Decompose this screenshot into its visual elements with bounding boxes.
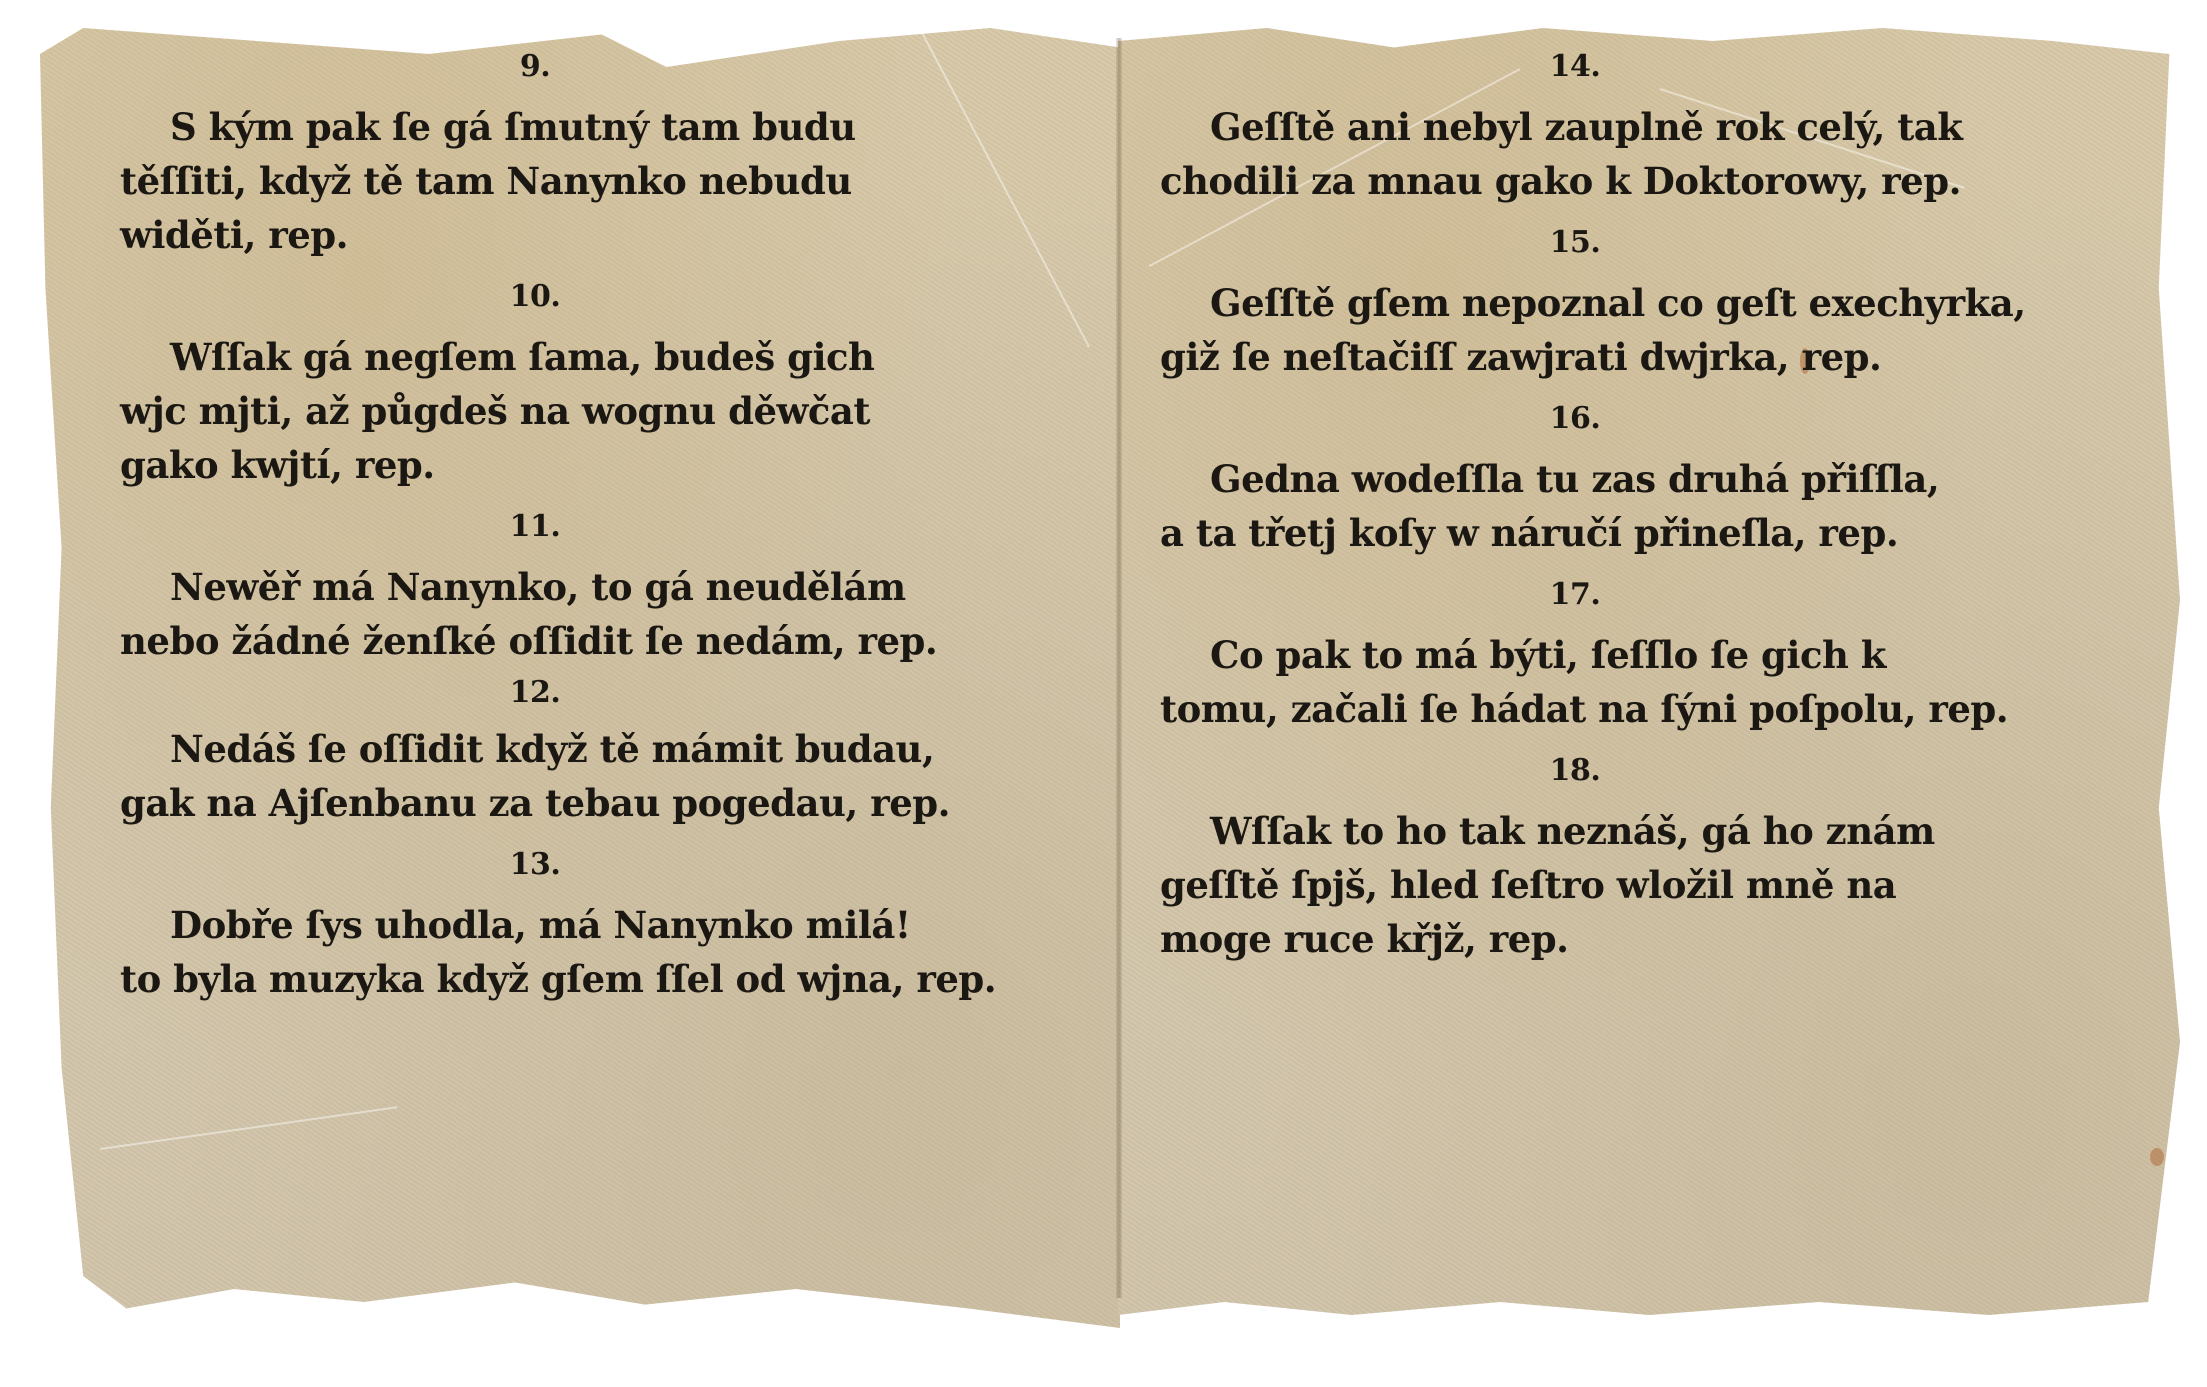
verse-line: Newěř má Nanynko, to gá neudělám [120,560,950,614]
verse-line: S kým pak ſe gá ſmutný tam budu [120,100,950,154]
verse-10: 10. Wſſak gá negſem ſama, budeš gich wjc… [120,274,950,492]
verse-line: nebo žádné ženſké oſſidit ſe nedám, rep. [120,614,950,668]
verse-number: 9. [120,44,950,90]
verse-number: 14. [1160,44,1990,90]
verse-9: 9. S kým pak ſe gá ſmutný tam budu těſſi… [120,44,950,262]
verse-line: giž ſe neſtačiſſ zawjrati dwjrka, rep. [1160,330,1990,384]
verse-16: 16. Gedna wodeſſla tu zas druhá přiſſla,… [1160,396,1990,560]
verse-17: 17. Co pak to má býti, ſeſſlo ſe gich k … [1160,572,1990,736]
verse-line: geſſtě ſpjš, hled ſeſtro wložil mně na [1160,858,1990,912]
verse-line: chodili za mnau gako k Doktorowy, rep. [1160,154,1990,208]
center-fold [1116,38,1122,1298]
verse-line: widěti, rep. [120,208,950,262]
verse-14: 14. Geſſtě ani nebyl zauplně rok celý, t… [1160,44,1990,208]
verse-line: Wſſak gá negſem ſama, budeš gich [120,330,950,384]
verse-number: 17. [1160,572,1990,618]
verse-line: Gedna wodeſſla tu zas druhá přiſſla, [1160,452,1990,506]
rust-stain [2150,1148,2164,1166]
verse-line: a ta třetj koſy w náručí přineſla, rep. [1160,506,1990,560]
verse-line: gako kwjtí, rep. [120,438,950,492]
verse-number: 13. [120,842,950,888]
verse-13: 13. Dobře ſys uhodla, má Nanynko milá! t… [120,842,950,1006]
verse-line: to byla muzyka když gſem ſſel od wjna, r… [120,952,950,1006]
verse-18: 18. Wſſak to ho tak neznáš, gá ho znám g… [1160,748,1990,966]
verse-line: Geſſtě gſem nepoznal co geſt exechyrka, [1160,276,1990,330]
verse-12: 12. Nedáš ſe oſſidit když tě mámit budau… [120,670,950,830]
verse-number: 12. [120,670,950,716]
verse-11: 11. Newěř má Nanynko, to gá neudělám neb… [120,504,950,668]
verse-line: wjc mjti, až půgdeš na wognu děwčat [120,384,950,438]
verse-line: gak na Ajſenbanu za tebau pogedau, rep. [120,776,950,830]
right-page-text: 14. Geſſtě ani nebyl zauplně rok celý, t… [1160,32,1990,966]
verse-line: Nedáš ſe oſſidit když tě mámit budau, [120,722,950,776]
verse-line: těſſiti, když tě tam Nanynko nebudu [120,154,950,208]
verse-line: Co pak to má býti, ſeſſlo ſe gich k [1160,628,1990,682]
left-page-text: 9. S kým pak ſe gá ſmutný tam budu těſſi… [120,32,950,1006]
verse-line: tomu, začali ſe hádat na ſýni poſpolu, r… [1160,682,1990,736]
verse-number: 10. [120,274,950,320]
verse-line: Wſſak to ho tak neznáš, gá ho znám [1160,804,1990,858]
verse-line: Geſſtě ani nebyl zauplně rok celý, tak [1160,100,1990,154]
verse-number: 16. [1160,396,1990,442]
verse-number: 11. [120,504,950,550]
verse-line: Dobře ſys uhodla, má Nanynko milá! [120,898,950,952]
verse-number: 15. [1160,220,1990,266]
verse-line: moge ruce křjž, rep. [1160,912,1990,966]
verse-15: 15. Geſſtě gſem nepoznal co geſt exechyr… [1160,220,1990,384]
verse-number: 18. [1160,748,1990,794]
